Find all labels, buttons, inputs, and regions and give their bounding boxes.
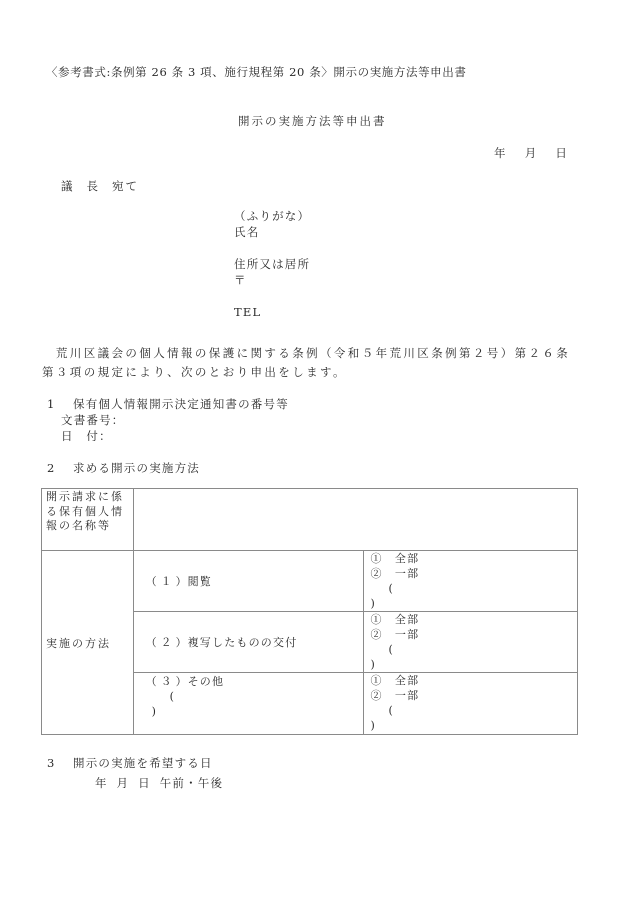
section-2-heading: 2求める開示の実施方法 — [47, 460, 200, 476]
section-1: 1保有個人情報開示決定通知書の番号等 文書番号： 日 付： — [47, 396, 289, 444]
postal-mark: 〒 — [234, 272, 310, 288]
document-title: 開示の実施方法等申出書 — [238, 113, 387, 129]
method-name: その他 — [188, 675, 225, 688]
date-day-label: 日 — [555, 145, 568, 161]
method-name: 複写したものの交付 — [188, 636, 298, 649]
choice-all[interactable]: ① 全部 — [370, 551, 577, 566]
choice-part[interactable]: ② 一部 — [370, 566, 577, 581]
section-title: 求める開示の実施方法 — [73, 461, 200, 475]
method-number: （１） — [146, 573, 188, 589]
address-label: 住所又は居所 — [234, 256, 310, 272]
addressee-part: 長 — [87, 179, 101, 193]
addressee-part: 宛て — [112, 179, 139, 193]
part-detail-open: ( — [370, 642, 577, 657]
notice-date-label: 日 付： — [47, 428, 289, 444]
method-number: （２） — [146, 634, 188, 650]
choice-all[interactable]: ① 全部 — [370, 673, 577, 688]
section-3-heading: 3開示の実施を希望する日 — [47, 753, 223, 773]
desired-date-line: 年 月 日 午前・午後 — [47, 773, 223, 793]
other-detail-close: ) — [146, 704, 364, 719]
applicant-block: （ふりがな） 氏名 住所又は居所 〒 TEL — [234, 208, 310, 320]
addressee-part: 議 — [61, 179, 75, 193]
section-title: 保有個人情報開示決定通知書の番号等 — [73, 397, 289, 411]
date-month-label: 月 — [525, 145, 538, 161]
name-label: 氏名 — [234, 224, 310, 240]
part-detail-open: ( — [370, 703, 577, 718]
section-3: 3開示の実施を希望する日 年 月 日 午前・午後 — [47, 753, 223, 793]
other-detail-open: ( — [146, 689, 364, 704]
choice-part[interactable]: ② 一部 — [370, 627, 577, 642]
method-name: 閲覧 — [188, 575, 212, 588]
section-number: 1 — [47, 396, 73, 412]
method-option-other[interactable]: （３）その他 ( ) — [133, 673, 364, 735]
method-label: 実施の方法 — [42, 551, 134, 735]
table-row: 開示請求に係る保有個人情報の名称等 — [42, 489, 578, 551]
method-number: （３） — [146, 674, 188, 689]
doc-number-label: 文書番号： — [47, 412, 289, 428]
info-name-field[interactable] — [133, 489, 577, 551]
statement-text: 荒川区議会の個人情報の保護に関する条例（令和５年荒川区条例第２号）第２６条第３項… — [42, 344, 582, 382]
furigana-label: （ふりがな） — [234, 208, 310, 224]
disclosure-method-table: 開示請求に係る保有個人情報の名称等 実施の方法 （１）閲覧 ① 全部 ② 一部 … — [41, 488, 578, 735]
part-detail-close: ) — [370, 596, 577, 611]
section-number: 3 — [47, 753, 73, 773]
part-detail-close: ) — [370, 718, 577, 733]
addressee: 議長宛て — [61, 178, 151, 194]
scope-choice[interactable]: ① 全部 ② 一部 ( ) — [364, 612, 578, 673]
part-detail-close: ) — [370, 657, 577, 672]
scope-choice[interactable]: ① 全部 ② 一部 ( ) — [364, 551, 578, 612]
scope-choice[interactable]: ① 全部 ② 一部 ( ) — [364, 673, 578, 735]
tel-label: TEL — [234, 304, 310, 320]
section-number: 2 — [47, 461, 73, 475]
reference-heading: 〈参考書式:条例第 26 条 3 項、施行規程第 20 条〉開示の実施方法等申出… — [46, 64, 467, 80]
submission-date: 年 月 日 — [494, 145, 568, 161]
choice-all[interactable]: ① 全部 — [370, 612, 577, 627]
method-option-copy[interactable]: （２）複写したものの交付 — [133, 612, 364, 673]
section-title: 開示の実施を希望する日 — [73, 756, 213, 770]
date-year-label: 年 — [494, 145, 507, 161]
info-name-label: 開示請求に係る保有個人情報の名称等 — [42, 489, 134, 551]
part-detail-open: ( — [370, 581, 577, 596]
choice-part[interactable]: ② 一部 — [370, 688, 577, 703]
table-row: 実施の方法 （１）閲覧 ① 全部 ② 一部 ( ) — [42, 551, 578, 612]
section-1-heading: 1保有個人情報開示決定通知書の番号等 — [47, 396, 289, 412]
method-option-inspection[interactable]: （１）閲覧 — [133, 551, 364, 612]
